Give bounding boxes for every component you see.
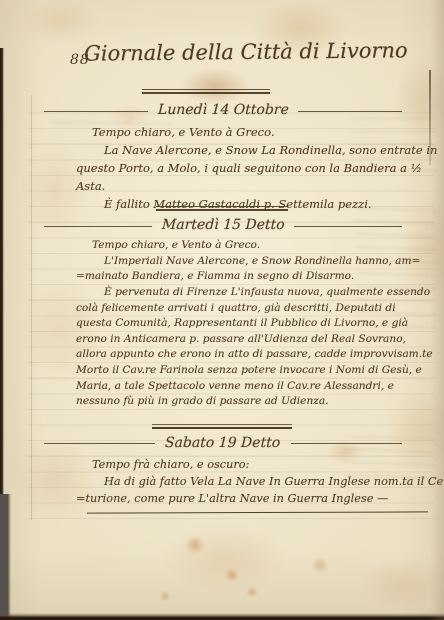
header-rule-right: [291, 443, 402, 444]
manuscript-line: Maria, a tale Spettacolo venne meno il C…: [76, 379, 430, 395]
date-header-text: Martedì 15 Detto: [161, 217, 284, 233]
entry-body: Tempo frà chiaro, e oscuro:Ha di già fat…: [76, 456, 430, 507]
manuscript-line: colà felicemente arrivati i quattro, già…: [76, 301, 430, 317]
date-header-text: Sabato 19 Detto: [165, 435, 281, 451]
entry-closing-rule: [87, 511, 428, 513]
header-rule-right: [294, 226, 402, 227]
manuscript-line: allora appunto che erono in atto di pass…: [76, 347, 430, 363]
page-curve-shading: [430, 0, 444, 620]
journal-entry-tuesday: Martedì 15 Detto Tempo chiaro, e Vento à…: [0, 206, 444, 410]
section-divider-rule: [152, 424, 292, 429]
manuscript-line: questa Comunità, Rappresentanti il Pubbl…: [76, 316, 430, 332]
journal-entry-saturday: Sabato 19 Detto Tempo frà chiaro, e oscu…: [0, 424, 444, 507]
manuscript-line: Ha di già fatto Vela La Nave In Guerra I…: [76, 473, 430, 490]
page-title: Giornale della Città di Livorno: [84, 38, 404, 65]
manuscript-line: Asta.: [76, 177, 430, 195]
manuscript-line: L'Imperiali Nave Alercone, e Snow Rondin…: [76, 254, 430, 270]
header-rule-right: [298, 111, 402, 112]
manuscript-line: nessuno fù più in grado di passare ad Ud…: [76, 394, 430, 410]
header-rule-left: [44, 111, 148, 112]
page-bottom-edge: [0, 613, 444, 620]
manuscript-line: Tempo chiaro, e Vento à Greco.: [76, 123, 430, 141]
manuscript-line: Tempo chiaro, e Vento à Greco.: [76, 238, 430, 254]
entry-body: Tempo chiaro, e Vento à Greco.La Nave Al…: [76, 123, 430, 213]
header-rule-left: [44, 443, 155, 444]
journal-entry-monday: Lunedì 14 Ottobre Tempo chiaro, e Vento …: [0, 96, 444, 213]
manuscript-line: questo Porto, a Molo, i quali seguitono …: [76, 159, 430, 177]
manuscript-line: erono in Anticamera p. passare all'Udien…: [76, 332, 430, 348]
date-header-text: Lunedì 14 Ottobre: [157, 102, 289, 118]
date-header: Martedì 15 Detto: [44, 217, 402, 233]
binding-edge-shadow: [0, 48, 4, 498]
date-header: Sabato 19 Detto: [44, 435, 402, 451]
date-header: Lunedì 14 Ottobre: [44, 102, 402, 118]
binding-edge-shadow: [0, 494, 11, 620]
manuscript-line: Morto il Cav.re Farinola senza potere in…: [76, 363, 430, 379]
header-rule-left: [44, 226, 152, 227]
manuscript-line: È pervenuta di Firenze L'infausta nuova,…: [76, 285, 430, 301]
section-divider-rule: [156, 206, 288, 211]
title-divider-rule: [142, 89, 270, 94]
manuscript-line: La Nave Alercone, e Snow La Rondinella, …: [76, 141, 430, 159]
manuscript-line: =mainato Bandiera, e Fiamma in segno di …: [76, 269, 430, 285]
manuscript-line: =turione, come pure L'altra Nave in Guer…: [76, 490, 430, 507]
manuscript-page: 88 Giornale della Città di Livorno Luned…: [0, 0, 444, 620]
entry-body: Tempo chiaro, e Vento à Greco.L'Imperial…: [76, 238, 430, 410]
manuscript-line: Tempo frà chiaro, e oscuro:: [76, 456, 430, 473]
